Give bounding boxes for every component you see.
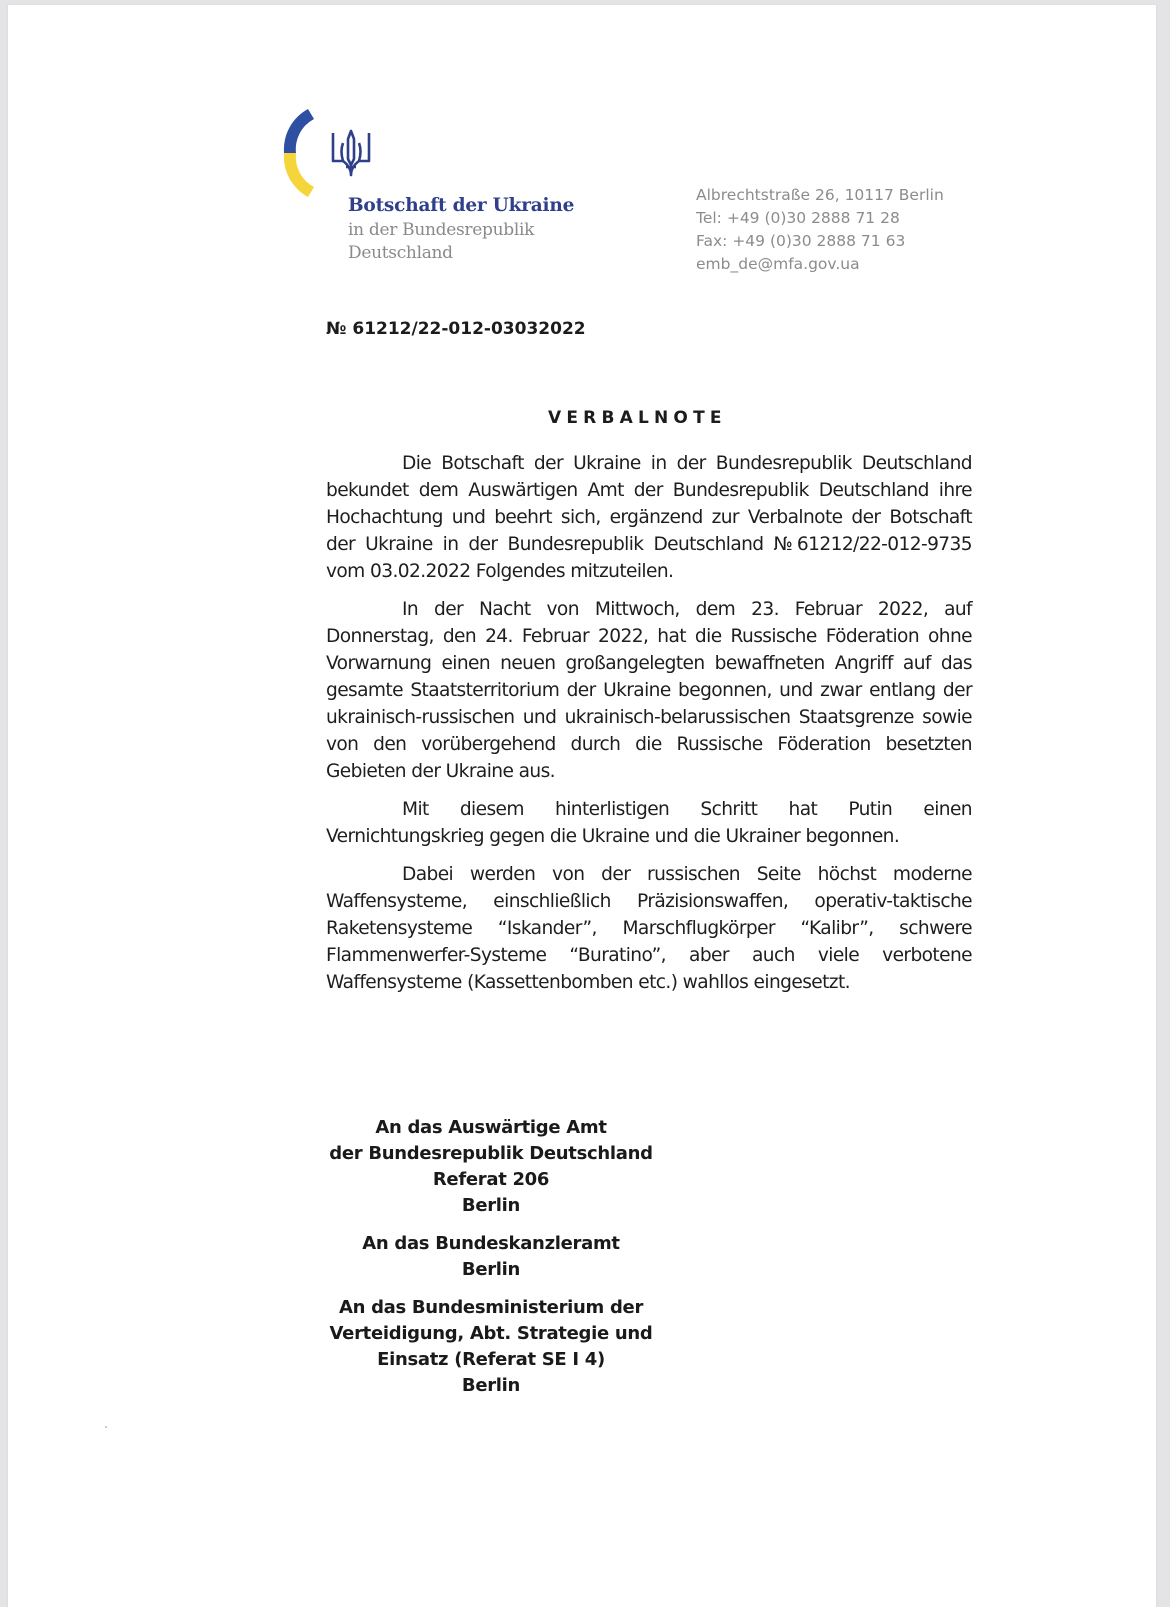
document-page: Botschaft der Ukraine in der Bundesrepub…	[8, 5, 1156, 1607]
recipient-line: An das Auswärtige Amt	[308, 1115, 674, 1141]
recipient-line: Verteidigung, Abt. Strategie und	[308, 1321, 674, 1347]
recipient-line: An das Bundeskanzleramt	[308, 1231, 674, 1257]
recipient-line: Referat 206	[308, 1167, 674, 1193]
paragraph: Dabei werden von der russischen Seite hö…	[326, 861, 972, 996]
email: emb_de@mfa.gov.ua	[696, 253, 944, 276]
document-body: Die Botschaft der Ukraine in der Bundesr…	[326, 450, 972, 1007]
embassy-subtitle-line: in der Bundesrepublik	[348, 219, 534, 242]
recipient-line: der Bundesrepublik Deutschland	[308, 1141, 674, 1167]
fax: Fax: +49 (0)30 2888 71 63	[696, 230, 944, 253]
reference-number: № 61212/22-012-03032022	[326, 319, 586, 339]
recipient-line: An das Bundesministerium der	[308, 1295, 674, 1321]
trident-emblem-icon	[330, 129, 372, 179]
recipient-auswaertiges-amt: An das Auswärtige Amt der Bundesrepublik…	[308, 1115, 674, 1219]
paragraph: Mit diesem hinterlistigen Schritt hat Pu…	[326, 796, 972, 850]
document-title: VERBALNOTE	[548, 408, 727, 428]
embassy-name: Botschaft der Ukraine	[348, 195, 574, 216]
recipient-bundeskanzleramt: An das Bundeskanzleramt Berlin	[308, 1231, 674, 1283]
recipient-line: Einsatz (Referat SE I 4)	[308, 1347, 674, 1373]
recipients: An das Auswärtige Amt der Bundesrepublik…	[308, 1115, 674, 1411]
embassy-subtitle: in der Bundesrepublik Deutschland	[348, 219, 534, 265]
scan-speck	[105, 1426, 107, 1428]
embassy-subtitle-line: Deutschland	[348, 242, 534, 265]
recipient-line: Berlin	[308, 1193, 674, 1219]
embassy-logo-arc-icon	[278, 105, 318, 201]
paragraph: In der Nacht von Mittwoch, dem 23. Febru…	[326, 596, 972, 785]
contact-block: Albrechtstraße 26, 10117 Berlin Tel: +49…	[696, 184, 944, 276]
recipient-bundesministerium-verteidigung: An das Bundesministerium der Verteidigun…	[308, 1295, 674, 1399]
paragraph: Die Botschaft der Ukraine in der Bundesr…	[326, 450, 972, 585]
recipient-line: Berlin	[308, 1257, 674, 1283]
recipient-line: Berlin	[308, 1373, 674, 1399]
phone: Tel: +49 (0)30 2888 71 28	[696, 207, 944, 230]
address: Albrechtstraße 26, 10117 Berlin	[696, 184, 944, 207]
